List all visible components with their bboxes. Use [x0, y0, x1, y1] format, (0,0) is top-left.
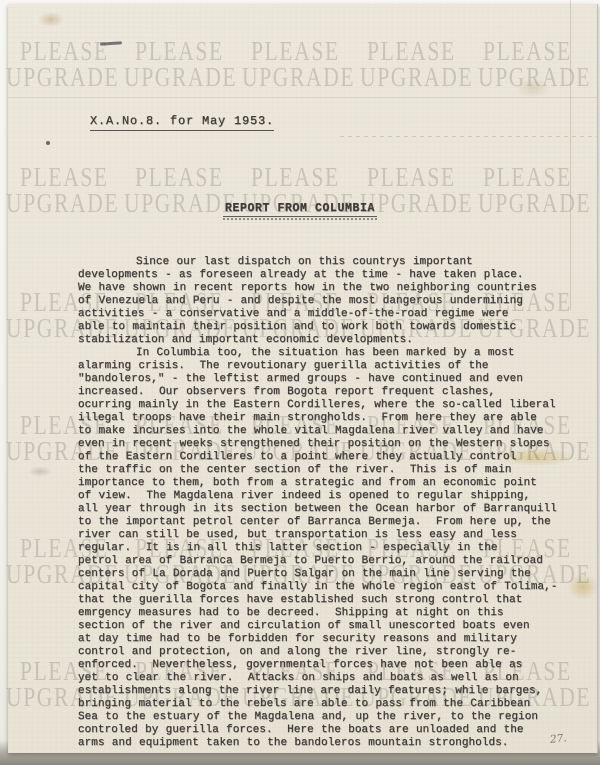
report-body: Since our last dispatch on this countrys… [78, 256, 557, 750]
page-number: 27. [549, 732, 567, 746]
scanned-page: PLEASEPLEASEPLEASEPLEASEPLEASEUPGRADEUPG… [0, 0, 600, 765]
reference-line: X.A.No.8. for May 1953. [90, 114, 274, 131]
heading-row: REPORT FROM COLUMBIA [0, 198, 600, 217]
report-heading: REPORT FROM COLUMBIA [223, 202, 377, 217]
